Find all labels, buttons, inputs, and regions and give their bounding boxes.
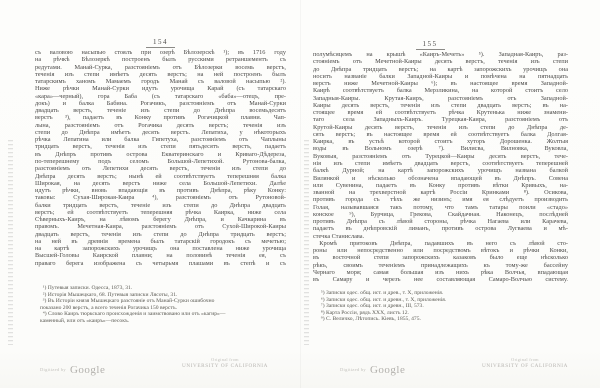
body-text-line: двадцать верстъ, теченія изъ степи до Дн… (35, 231, 286, 238)
footnote-line: ⁵) Записки одес. общ. ист. и древ., т. X… (318, 290, 568, 297)
body-text-line: конское ⁹), Бурчица, Грекова, Скайдачная… (313, 211, 568, 218)
page-footnotes: ¹) Путевыя записки. Одесса, 1873, 31. ²)… (40, 285, 287, 325)
body-text-line: рѣчка Лепатина или балка Гипетуха, разст… (35, 136, 286, 143)
body-text-line: роны или непосредственно или посредством… (313, 247, 568, 254)
body-text-line: Каирка, въ устьѣ которой стоитъ хуторъ Д… (313, 138, 568, 145)
body-text-line: до Днѣпра тридцать верстъ; на картѣ запо… (313, 66, 568, 73)
page-header: 154 (35, 31, 286, 49)
footnote-line: ¹) Путевыя записки. Одесса, 1873, 31. (40, 285, 287, 292)
body-text-line: докъ) и балка Бабина. Рогачикъ, разстоян… (35, 100, 286, 107)
footnote-line: каменный, или отъ «каиръ»—песокъ. (40, 318, 287, 325)
body-text-line: идутъ рѣчки, вновь впадающія въ противъ … (35, 187, 286, 194)
body-text-line: воды въ Вольномъ озерѣ ⁷). Вилисва, Вилн… (313, 145, 568, 152)
digitized-by-label: Digitized by (340, 367, 366, 372)
body-text-line: теченія изъ степи имѣетъ десять верстъ; … (35, 71, 286, 78)
body-text-line: Каирѣ соотвѣтствуетъ балка Мерзликина, н… (313, 87, 568, 94)
body-text-line: или Сувенина, падаетъ въ Конку противъ в… (313, 182, 568, 189)
body-text-line: Ниже рѣчки Манай-Сурки идутъ урочища Кар… (35, 85, 286, 92)
body-text-line: съ валовою насыпью стоялъ при озерѣ Бѣло… (35, 49, 286, 56)
body-text-line: Сѣверныхъ-Каиръ, на лѣвомъ берегу Днѣпра… (35, 216, 286, 223)
body-text-line: таго села Западныхъ-Каиръ. Турецкая-Каир… (313, 116, 568, 123)
body-text-line: падаетъ въ днѣпровскій лиманъ, противъ о… (313, 225, 568, 232)
body-text-line: Каиры десять верстъ, теченія изъ степи д… (313, 102, 568, 109)
body-text-line: на ней въ древнія времена былъ татарскій… (35, 238, 286, 245)
footnote-line: ⁹) С. Величко, Лѣтопись. Кіевъ, 1855, 47… (318, 316, 568, 323)
body-text-line: Вилянкой и нѣсколько обозначена впадающе… (313, 175, 568, 182)
provenance-watermark: Original from UNIVERSITY OF CALIFORNIA (460, 357, 590, 369)
body-text-line: редутами. Манай-Сурка, разстояніемъ отъ … (35, 64, 286, 71)
page-body-text: съ валовою насыпью стоялъ при озерѣ Бѣло… (35, 49, 286, 267)
google-watermark: Digitized by Google (40, 360, 105, 378)
body-text-line: нія изъ степи имѣетъ двадцать верстъ, со… (313, 160, 568, 167)
body-text-line: противъ города съ тѣхъ же низинъ; имя ея… (313, 196, 568, 203)
body-text-line: въ Самару и черезъ нее составляющая Сама… (313, 276, 568, 283)
footnote-line: ⁴) Слово Каиръ тюркскаго происхожденія и… (40, 311, 287, 318)
body-text-line: въ восточной степи запорожскихъ казаковъ… (313, 254, 568, 261)
margin-vertical-text-artifact (8, 140, 13, 345)
body-text-line: балки тридцать верстъ, теченіе изъ степи… (35, 202, 286, 209)
body-text-line: носитъ названіе балки Западной-Каиры и п… (313, 73, 568, 80)
body-text-line: Западныя-Каиры. Крутая-Каиръ, разстояніе… (313, 95, 568, 102)
body-text-line: разстояніемъ отъ Лепетихи десять верстъ,… (35, 165, 286, 172)
body-text-line: полумѣсяцемъ на крышѣ «Каиръ-Мечеть» ⁵).… (313, 51, 568, 58)
institution-label: UNIVERSITY OF CALIFORNIA (160, 363, 290, 370)
body-text-line: стечка Станислава. (313, 233, 568, 240)
margin-vertical-text-artifact (304, 140, 309, 345)
body-text-line: званной на трехверстной картѣ Россіи Кри… (313, 189, 568, 196)
digitized-by-label: Digitized by (40, 367, 66, 372)
body-text-line: таковы: Сухая-Широкая-Каира ⁴), разстоян… (35, 194, 286, 201)
google-logo: Google (370, 364, 405, 376)
body-text-line: Кромѣ притоковъ Днѣпра, падавшихъ въ нег… (313, 240, 568, 247)
body-text-line: Широкая, на десять верстъ ниже села Боль… (35, 180, 286, 187)
body-text-line: праваго берега изображена съ четырьмя пл… (35, 260, 286, 267)
page-number: 154 (146, 38, 175, 48)
body-text-line: степи до Днѣпра имѣетъ десять верстъ. Ле… (35, 129, 286, 136)
page-155: 155 полумѣсяцемъ на крышѣ «Каиръ-Мечеть»… (300, 0, 600, 388)
body-text-line: татарскимъ ханомъ Мамаемъ городъ Манай с… (35, 78, 286, 85)
institution-label: UNIVERSITY OF CALIFORNIA (460, 363, 590, 370)
page-footnotes: ⁵) Записки одес. общ. ист. и древ., т. X… (318, 290, 568, 323)
body-text-line: противъ Днѣпра съ лѣвой стороны, рѣчка Н… (313, 218, 568, 225)
page-header: 155 (305, 33, 555, 51)
body-text-line: тридцать верстъ, теченія изъ степи пятьд… (35, 143, 286, 150)
body-text-line: рѣкъ, своимъ теченіемъ принадлежащихъ къ… (313, 262, 568, 269)
body-text-line: балкѣ Дурной; на картѣ запорожскихъ уроч… (313, 167, 568, 174)
body-text-line: верстъ ³), падаетъ въ Конку противъ Рога… (35, 114, 286, 121)
body-text-line: стояніемъ отъ Мечетной-Каиры десять верс… (313, 58, 568, 65)
body-text-line: двадцать верстъ, теченіе изъ степи до Дн… (35, 107, 286, 114)
provenance-watermark: Original from UNIVERSITY OF CALIFORNIA (160, 357, 290, 369)
body-text-line: Чернаго моря; самая большая изъ нихъ рѣк… (313, 269, 568, 276)
body-text-line: Крутой-Каиры десять верстъ, теченія изъ … (313, 124, 568, 131)
body-text-line: верстъ ниже Мечетной-Каиры ⁶); въ настоя… (313, 80, 568, 87)
body-text-line: на картѣ запорожскихъ урочищъ она постав… (35, 245, 286, 252)
body-text-line: «кара»—черный), гора Баба (съ татарскаго… (35, 93, 286, 100)
body-text-line: Вуковыя, разстояніемъ отъ Турецкой—Каиры… (313, 153, 568, 160)
body-text-line: стоящее время ей соотвѣтствуетъ рѣчка Кр… (313, 109, 568, 116)
body-text-line: Днѣпра десять верстъ; нынѣ ей соотвѣтств… (35, 173, 286, 180)
scanned-book-spread: 154 съ валовою насыпью стоялъ при озерѣ … (0, 0, 600, 388)
page-number: 155 (416, 40, 445, 50)
body-text-line: по-теперешнему подъ селомъ Большой-Лепет… (35, 158, 286, 165)
page-154: 154 съ валовою насыпью стоялъ при озерѣ … (0, 0, 300, 388)
google-watermark: Digitized by Google (340, 360, 405, 378)
body-text-line: въ Днѣпръ противъ острова Екватеринскаго… (35, 151, 286, 158)
body-text-line: на рѣчкѣ Бѣлозеркѣ построенъ былъ русски… (35, 56, 286, 63)
page-body-text: полумѣсяцемъ на крышѣ «Каиръ-Мечеть» ⁵).… (313, 51, 568, 284)
body-text-line: верстъ; ей соотвѣтствуетъ теперешняя рѣч… (35, 209, 286, 216)
footnote-line: ⁷) Записки одес. общ. ист. и древн., III… (318, 303, 568, 310)
body-text-line: лына, разстояніемъ отъ Рогачика десять в… (35, 122, 286, 129)
body-text-line: правомъ. Мечетная-Каира, разстояніемъ от… (35, 223, 286, 230)
google-logo: Google (70, 364, 105, 376)
body-text-line: Голая, называвшаяся такъ потому, что там… (313, 204, 568, 211)
footnote-line: ³) Въ Исторіи князя Мышецкаго разстояніе… (40, 298, 287, 305)
page-seam (300, 0, 301, 388)
body-text-line: сять верстъ; въ настоящее время ей соотв… (313, 131, 568, 138)
body-text-line: Высшей-Головы Каирской плавни; на полови… (35, 252, 286, 259)
